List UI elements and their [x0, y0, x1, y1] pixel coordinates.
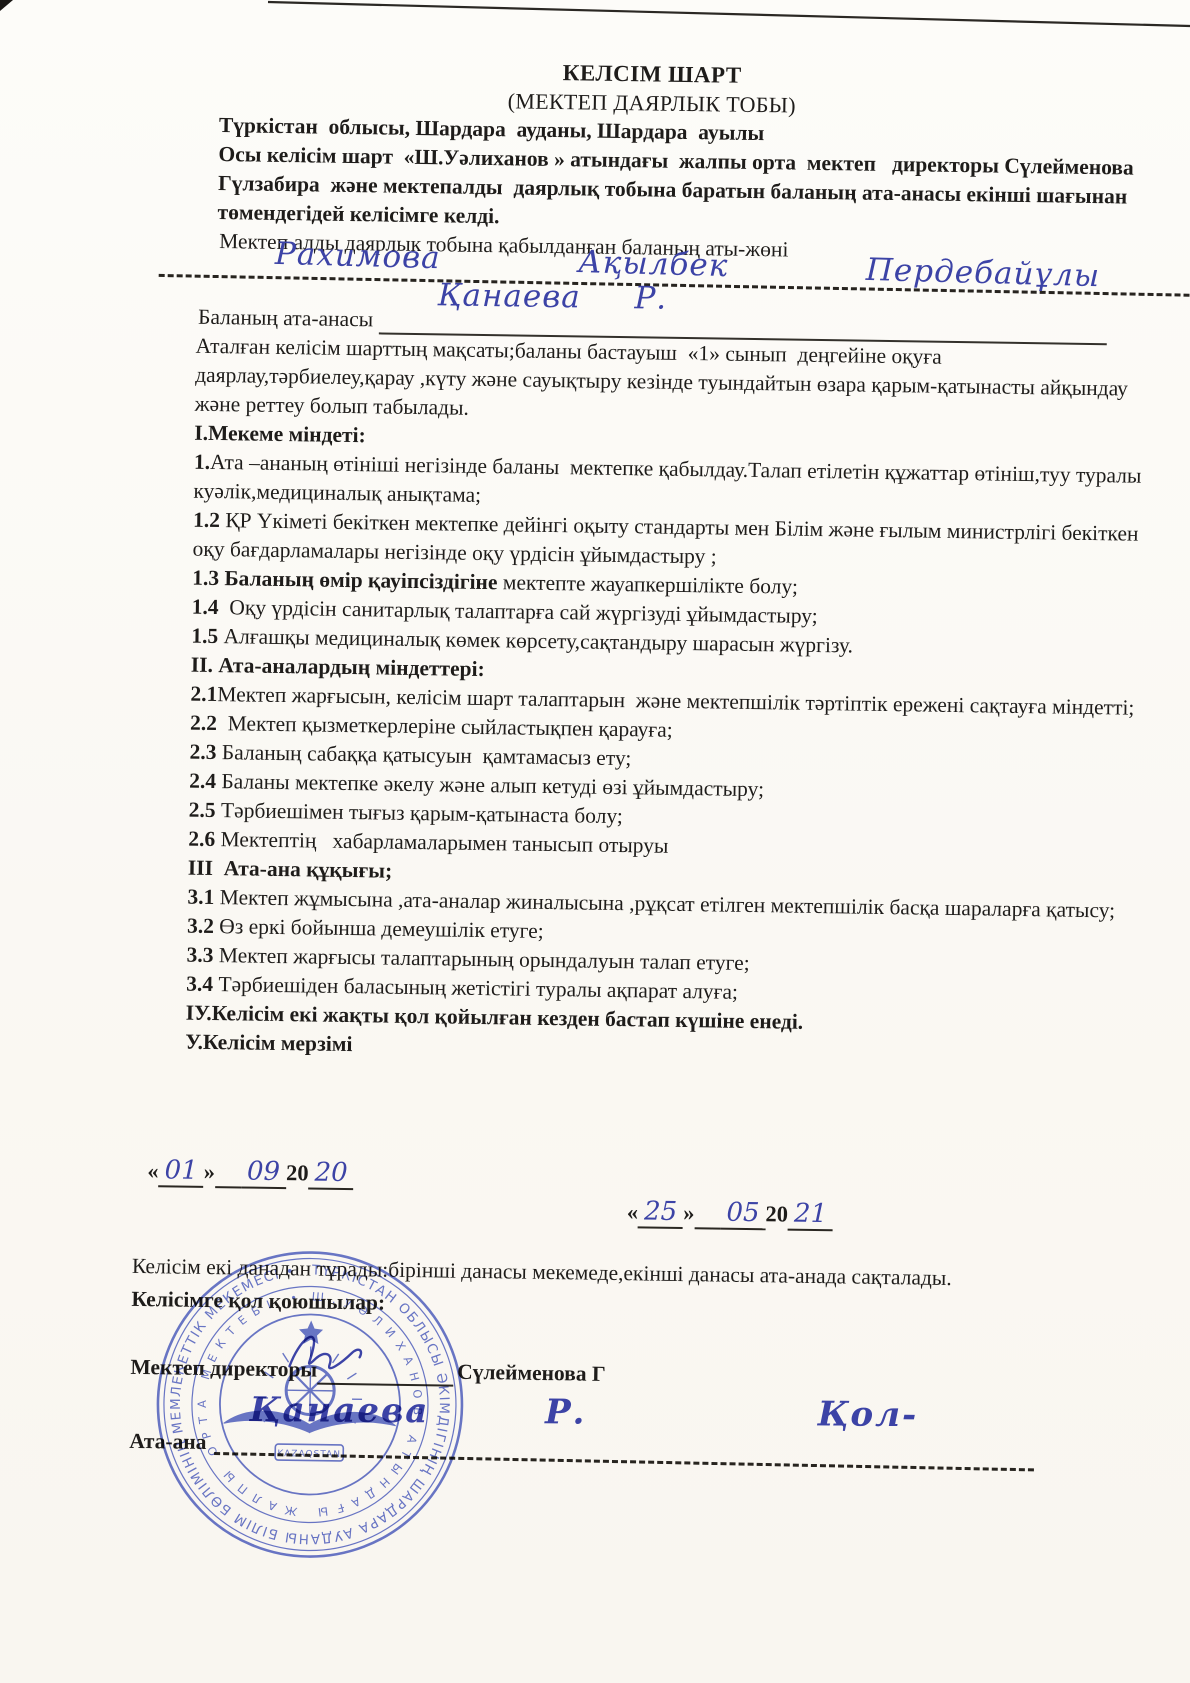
- item-number: 2.5: [189, 798, 222, 822]
- purpose-paragraph: Аталған келісім шарттың мақсаты;баланы б…: [145, 331, 1151, 433]
- item-number: 1.: [194, 450, 210, 474]
- intro-paragraph: Осы келісім шарт «Ш.Уәлиханов » атындағы…: [147, 139, 1153, 241]
- stamp-banner-text: KAZAQSTAN: [277, 1449, 341, 1460]
- item-number: 1.5: [191, 624, 224, 648]
- item-number: 1.4: [192, 595, 230, 620]
- item-number: 2.1: [190, 682, 217, 706]
- contract-dates: «01»092020 «25»052021: [132, 1156, 1138, 1255]
- date-from-day-handwriting: 01: [158, 1156, 204, 1188]
- item-number: 3.4: [186, 972, 219, 996]
- contract-page: КЕЛСІМ ШАРТ (МЕКТЕП ДАЯРЛЫК ТОБЫ) Түркіс…: [129, 52, 1155, 1471]
- item-number: 2.2: [190, 711, 228, 736]
- official-stamp: ТҮРКІСТАН ОБЛЫСЫ ӘКІМДІГІНІҢ ШАРДАРА АУД…: [152, 1246, 469, 1563]
- date-from-year-handwriting: 20: [308, 1158, 354, 1190]
- parent-name-handwriting: Қанаева Р.: [437, 281, 667, 313]
- date-to-month-handwriting: 05: [720, 1199, 766, 1231]
- date-to-day-handwriting: 25: [638, 1197, 684, 1229]
- item-number: 2.3: [189, 740, 222, 764]
- item-number: 1.3: [192, 566, 225, 590]
- date-from-month-handwriting: 09: [241, 1157, 287, 1189]
- national-emblem: [223, 1319, 397, 1462]
- date-to: «25»052021: [627, 1197, 834, 1231]
- item-number: 3.2: [187, 914, 220, 938]
- date-from: «01»092020: [147, 1156, 354, 1190]
- item-number: 2.4: [189, 769, 222, 793]
- scan-edge-artifact: [0, 0, 1190, 42]
- item-number: 3.1: [187, 885, 220, 909]
- parent-name-label: Баланың ата-анасы: [198, 303, 374, 335]
- director-name: Сүлейменова Г: [457, 1358, 606, 1389]
- date-to-year-handwriting: 21: [788, 1200, 834, 1232]
- item-number: 3.3: [186, 943, 219, 967]
- item-number: 2.6: [188, 827, 221, 851]
- item-number: 1.2: [193, 508, 226, 532]
